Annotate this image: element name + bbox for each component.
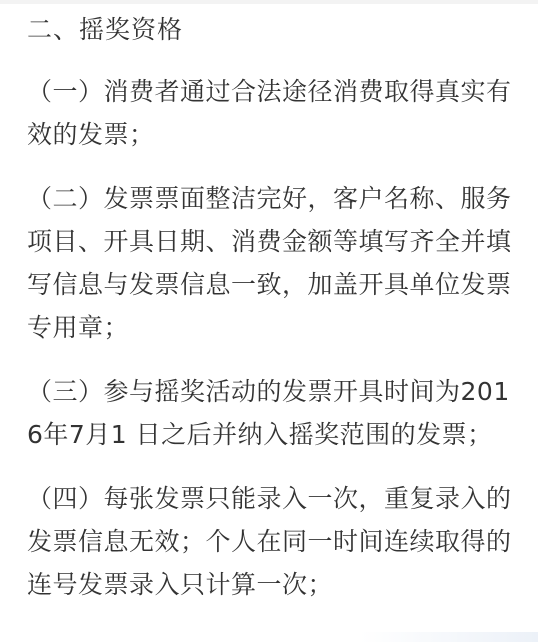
article-body: 二、摇奖资格 （一）消费者通过合法途径消费取得真实有效的发票； （二）发票票面整… xyxy=(27,10,517,627)
top-divider xyxy=(0,0,538,4)
rule-item-1: （一）消费者通过合法途径消费取得真实有效的发票； xyxy=(27,70,517,156)
rule-item-4: （四）每张发票只能录入一次，重复录入的发票信息无效；个人在同一时间连续取得的连号… xyxy=(27,477,517,606)
rule-item-3: （三）参与摇奖活动的发票开具时间为2016年7月1 日之后并纳入摇奖范围的发票； xyxy=(27,370,517,456)
section-title: 二、摇奖资格 xyxy=(27,10,517,50)
rule-item-2: （二）发票票面整洁完好，客户名称、服务项目、开具日期、消费金额等填写齐全并填写信… xyxy=(27,177,517,349)
bottom-edge-shadow xyxy=(360,632,538,642)
